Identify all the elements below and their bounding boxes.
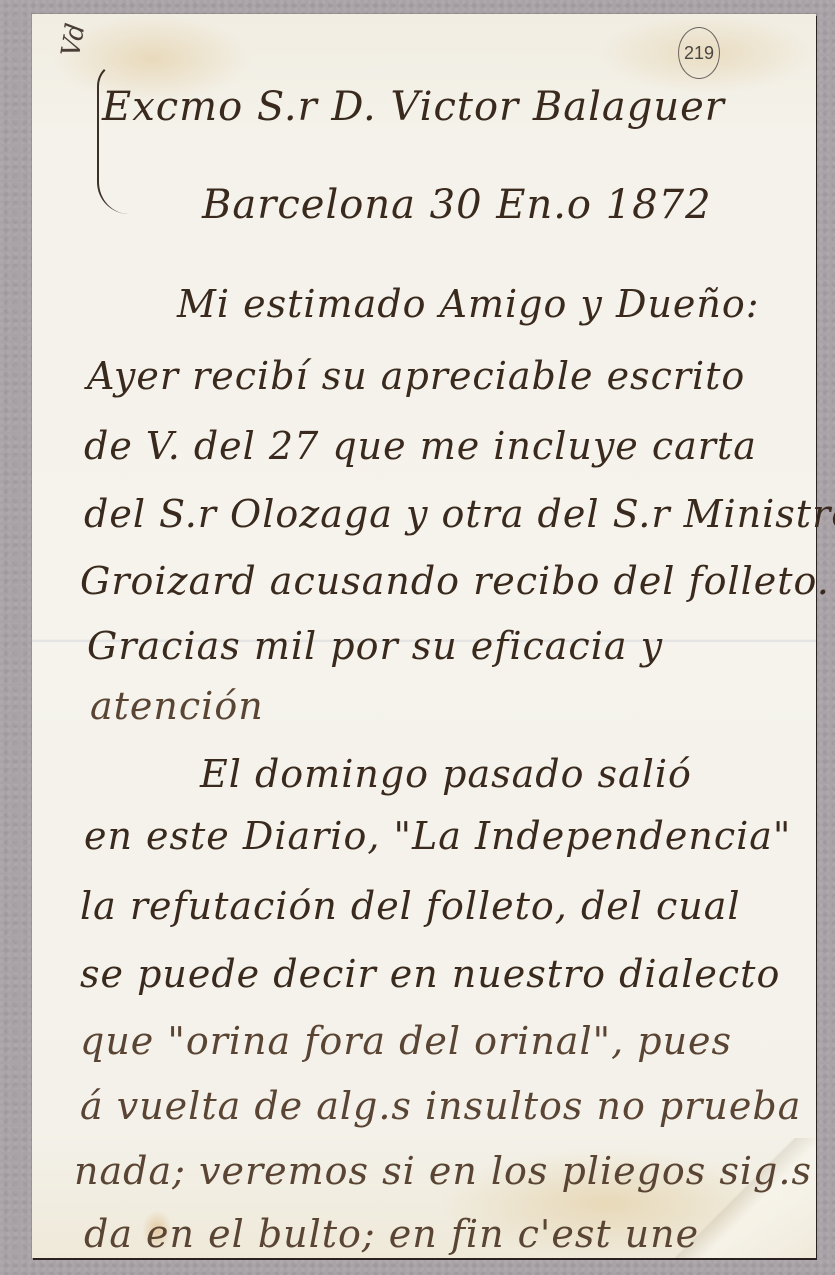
body-line: nada; veremos si en los pliegos sig.s xyxy=(74,1149,812,1193)
archive-number-stamp: 219 xyxy=(678,27,720,79)
body-line: se puede decir en nuestro dialecto xyxy=(80,952,780,996)
margin-note: Vd xyxy=(56,23,91,59)
body-line: del S.r Olozaga y otra del S.r Ministro xyxy=(84,492,835,536)
body-line: El domingo pasado salió xyxy=(200,752,692,796)
body-line: la refutación del folleto, del cual xyxy=(80,884,741,928)
body-line: Gracias mil por su eficacia y xyxy=(87,624,663,668)
body-line: á vuelta de alg.s insultos no prueba xyxy=(80,1084,801,1128)
place-date-line: Barcelona 30 En.o 1872 xyxy=(202,182,712,228)
addressee-line: Excmo S.r D. Victor Balaguer xyxy=(102,84,725,130)
archive-number: 219 xyxy=(684,43,714,64)
body-line: que "orina fora del orinal", pues xyxy=(80,1019,732,1063)
body-line: Groizard acusando recibo del folleto. xyxy=(80,559,830,603)
body-line: atención xyxy=(90,684,264,728)
letter-page: 219 Vd Excmo S.r D. Victor Balaguer Barc… xyxy=(32,14,816,1258)
body-line: da en el bulto; en fin c'est une xyxy=(84,1212,699,1256)
body-line: de V. del 27 que me incluye carta xyxy=(84,424,757,468)
body-line: Ayer recibí su apreciable escrito xyxy=(87,354,745,398)
body-line: en este Diario, "La Independencia" xyxy=(84,814,791,858)
salutation-line: Mi estimado Amigo y Dueño: xyxy=(177,282,760,326)
